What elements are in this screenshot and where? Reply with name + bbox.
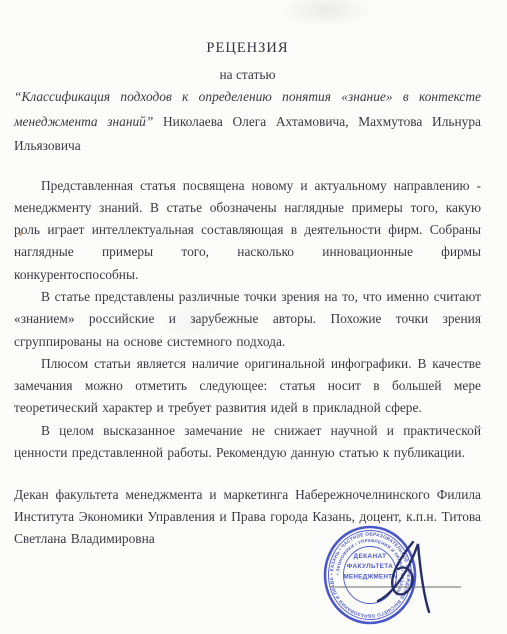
stamp-center-line1: ДЕКАНАТ bbox=[354, 553, 387, 560]
handwritten-signature bbox=[378, 542, 429, 612]
review-body: Представленная статья посвящена новому и… bbox=[14, 175, 481, 465]
review-paragraph-3: Плюсом статьи является наличие оригиналь… bbox=[14, 353, 481, 420]
article-reference: “Классификация подходов к определению по… bbox=[14, 85, 481, 159]
signer-block: Декан факультета менеджмента и маркетинг… bbox=[14, 484, 481, 549]
stamp-inner-ring bbox=[344, 547, 397, 604]
document-page: РЕЦЕНЗИЯ на статью “Классификация подход… bbox=[0, 0, 507, 634]
scan-artifact bbox=[278, 0, 374, 28]
review-paragraph-1: Представленная статья посвящена новому и… bbox=[14, 175, 481, 286]
stamp-center-line3: МЕНЕДЖМЕНТА bbox=[343, 574, 396, 581]
stamp-center-line2: ФАКУЛЬТЕТА bbox=[347, 563, 393, 570]
document-subtitle: на статью bbox=[14, 67, 481, 83]
page-title: РЕЦЕНЗИЯ bbox=[14, 40, 481, 57]
review-paragraph-4: В целом высказанное замечание не снижает… bbox=[14, 420, 481, 465]
review-paragraph-2: В статье представлены различные точки зр… bbox=[14, 286, 481, 353]
